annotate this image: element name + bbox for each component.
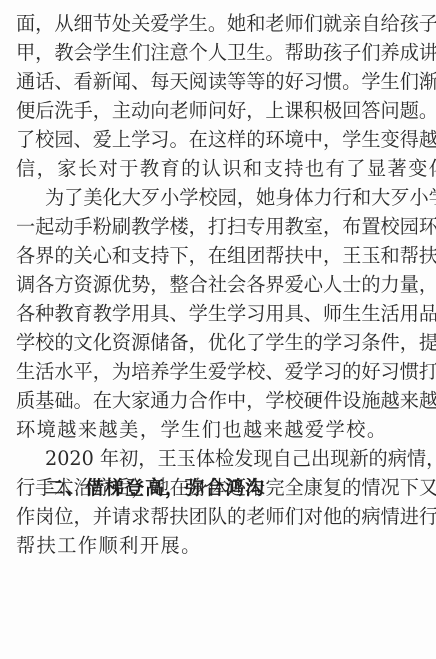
body-text-line: 学校的文化资源储备，优化了学生的学习条件，提高了师生的 bbox=[16, 332, 412, 354]
body-text-line: 面，从细节处关爱学生。她和老师们就亲自给孩子们洗头剪指 bbox=[16, 13, 412, 35]
document-page: 面，从细节处关爱学生。她和老师们就亲自给孩子们洗头剪指 甲，教会学生们注意个人卫… bbox=[0, 0, 436, 659]
body-text-line: 各种教育教学用具、学生学习用具、师生生活用品等，丰富了 bbox=[16, 303, 412, 325]
body-text-line: 作岗位，并请求帮扶团队的老师们对他的病情进行保密，确保 bbox=[16, 506, 412, 528]
body-text-line: 通话、看新闻、每天阅读等等的好习惯。学生们渐渐学会饭前 bbox=[16, 71, 412, 93]
body-text-line: 一起动手粉刷教学楼，打扫专用教室，布置校园环境。在社会 bbox=[16, 216, 412, 238]
body-text-line: 帮扶工作顺利开展。 bbox=[16, 535, 412, 557]
body-text-line: 环境越来越美，学生们也越来越爱学校。 bbox=[16, 419, 412, 441]
body-text-line: 生活水平，为培养学生爱学校、爱学习的好习惯打下坚实的物 bbox=[16, 361, 412, 383]
body-text-line: 调各方资源优势，整合社会各界爱心人士的力量，为学校捐赠 bbox=[16, 274, 412, 296]
body-text-line: 甲，教会学生们注意个人卫生。帮助孩子们养成讲卫生、说普 bbox=[16, 42, 412, 64]
paragraph-first-line: 为了美化大歹小学校园，她身体力行和大歹小学的教师们 bbox=[45, 187, 412, 209]
paragraph-first-line: 2020 年初，王玉体检发现自己出现新的病情，在医院进 bbox=[45, 448, 412, 470]
body-text-line: 质基础。在大家通力合作中，学校硬件设施越来越完善，校园 bbox=[16, 390, 412, 412]
body-text-line: 了校园、爱上学习。在这样的环境中，学生变得越来越开朗自 bbox=[16, 129, 412, 151]
body-text-line: 便后洗手，主动向老师问好，上课积极回答问题。学生们爱上 bbox=[16, 100, 412, 122]
section-heading: 二、借梯登高，弥合鸿沟 bbox=[45, 476, 265, 500]
body-text-line: 信，家长对于教育的认识和支持也有了显著变化。 bbox=[16, 158, 412, 180]
body-text-line: 各界的关心和支持下，在组团帮扶中，王玉和帮扶团队积极协 bbox=[16, 245, 412, 267]
